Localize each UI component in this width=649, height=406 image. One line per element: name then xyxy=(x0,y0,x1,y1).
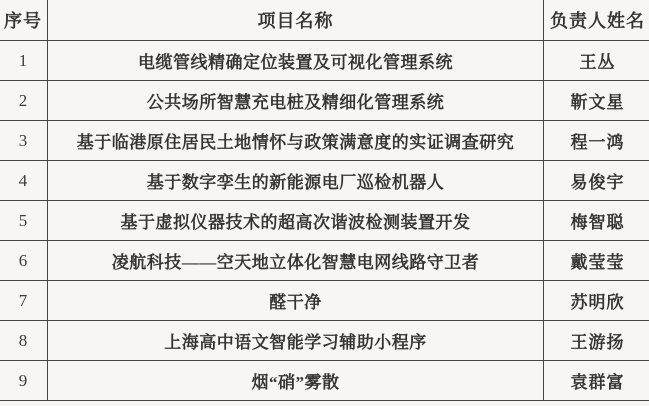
row-number-cell: 2 xyxy=(0,81,48,121)
table-body: 1电缆管线精确定位装置及可视化管理系统王丛2公共场所智慧充电桩及精细化管理系统靳… xyxy=(0,41,649,401)
leader-name-cell: 王丛 xyxy=(544,41,649,81)
table-row: 1电缆管线精确定位装置及可视化管理系统王丛 xyxy=(0,41,649,81)
table-header-row: 序号 项目名称 负责人姓名 xyxy=(0,0,649,41)
table-header: 序号 项目名称 负责人姓名 xyxy=(0,0,649,41)
row-number-cell: 9 xyxy=(0,361,48,401)
project-table-container: 序号 项目名称 负责人姓名 1电缆管线精确定位装置及可视化管理系统王丛2公共场所… xyxy=(0,0,649,406)
row-number-cell: 7 xyxy=(0,281,48,321)
project-name-cell: 凌航科技——空天地立体化智慧电网线路守卫者 xyxy=(48,241,544,281)
project-name-cell: 烟“硝”雾散 xyxy=(48,361,544,401)
table-row: 3基于临港原住居民土地情怀与政策满意度的实证调查研究程一鸿 xyxy=(0,121,649,161)
project-name-cell: 公共场所智慧充电桩及精细化管理系统 xyxy=(48,81,544,121)
project-name-cell: 电缆管线精确定位装置及可视化管理系统 xyxy=(48,41,544,81)
project-name-cell: 基于虚拟仪器技术的超高次谐波检测装置开发 xyxy=(48,201,544,241)
row-number-cell: 6 xyxy=(0,241,48,281)
leader-name-cell: 苏明欣 xyxy=(544,281,649,321)
column-header-leader-name: 负责人姓名 xyxy=(544,0,649,41)
table-row: 7醛干净苏明欣 xyxy=(0,281,649,321)
project-name-cell: 基于临港原住居民土地情怀与政策满意度的实证调查研究 xyxy=(48,121,544,161)
column-header-project-name: 项目名称 xyxy=(48,0,544,41)
leader-name-cell: 袁群富 xyxy=(544,361,649,401)
project-name-cell: 基于数字孪生的新能源电厂巡检机器人 xyxy=(48,161,544,201)
leader-name-cell: 靳文星 xyxy=(544,81,649,121)
row-number-cell: 3 xyxy=(0,121,48,161)
table-row: 5基于虚拟仪器技术的超高次谐波检测装置开发梅智聪 xyxy=(0,201,649,241)
project-name-cell: 醛干净 xyxy=(48,281,544,321)
row-number-cell: 1 xyxy=(0,41,48,81)
row-number-cell: 5 xyxy=(0,201,48,241)
project-table: 序号 项目名称 负责人姓名 1电缆管线精确定位装置及可视化管理系统王丛2公共场所… xyxy=(0,0,649,401)
table-row: 2公共场所智慧充电桩及精细化管理系统靳文星 xyxy=(0,81,649,121)
leader-name-cell: 梅智聪 xyxy=(544,201,649,241)
leader-name-cell: 程一鸿 xyxy=(544,121,649,161)
table-row: 9烟“硝”雾散袁群富 xyxy=(0,361,649,401)
leader-name-cell: 王游扬 xyxy=(544,321,649,361)
row-number-cell: 8 xyxy=(0,321,48,361)
column-header-serial-number: 序号 xyxy=(0,0,48,41)
leader-name-cell: 戴莹莹 xyxy=(544,241,649,281)
table-row: 8上海高中语文智能学习辅助小程序王游扬 xyxy=(0,321,649,361)
table-row: 4基于数字孪生的新能源电厂巡检机器人易俊宇 xyxy=(0,161,649,201)
project-name-cell: 上海高中语文智能学习辅助小程序 xyxy=(48,321,544,361)
table-row: 6凌航科技——空天地立体化智慧电网线路守卫者戴莹莹 xyxy=(0,241,649,281)
leader-name-cell: 易俊宇 xyxy=(544,161,649,201)
row-number-cell: 4 xyxy=(0,161,48,201)
